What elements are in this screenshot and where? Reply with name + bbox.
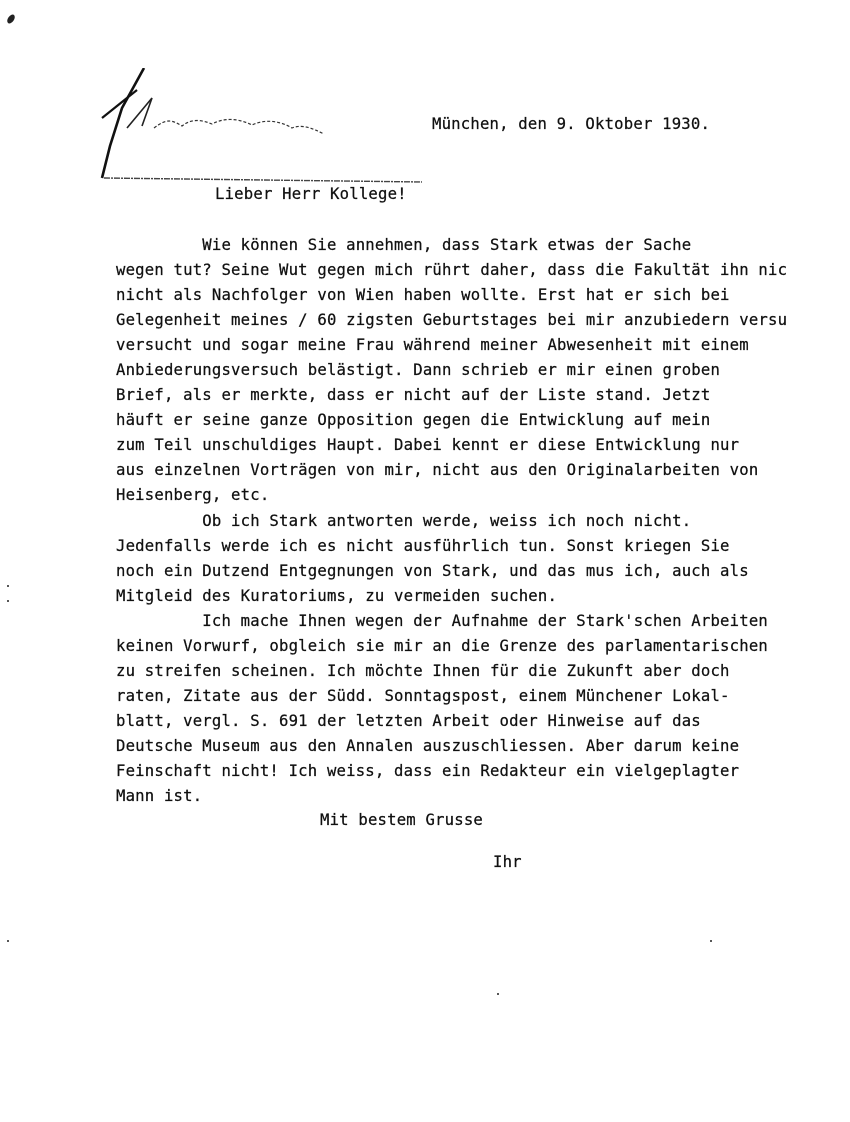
body-line: raten, Zitate aus der Südd. Sonntagspost…	[116, 687, 730, 705]
body-line: versucht und sogar meine Frau während me…	[116, 336, 749, 354]
body-line: Gelegenheit meines / 60 zigsten Geburtst…	[116, 311, 787, 329]
closing: Mit bestem Grusse	[320, 811, 483, 829]
body-line: Brief, als er merkte, dass er nicht auf …	[116, 386, 710, 404]
body-line: nicht als Nachfolger von Wien haben woll…	[116, 286, 730, 304]
body-line: zum Teil unschuldiges Haupt. Dabei kennt…	[116, 436, 739, 454]
scan-mark	[497, 993, 499, 995]
body-line: Ob ich Stark antworten werde, weiss ich …	[116, 512, 691, 530]
signature-prefix: Ihr	[493, 853, 522, 871]
body-line: Heisenberg, etc.	[116, 486, 269, 504]
body-line: zu streifen scheinen. Ich möchte Ihnen f…	[116, 662, 730, 680]
body-line: Feinschaft nicht! Ich weiss, dass ein Re…	[116, 762, 739, 780]
body-line: Deutsche Museum aus den Annalen auszusch…	[116, 737, 739, 755]
scan-mark	[7, 585, 9, 587]
salutation: Lieber Herr Kollege!	[215, 185, 407, 203]
scan-mark	[7, 600, 9, 602]
body-line: blatt, vergl. S. 691 der letzten Arbeit …	[116, 712, 701, 730]
date-line: München, den 9. Oktober 1930.	[432, 115, 710, 133]
scan-mark	[6, 13, 17, 25]
body-line: Mann ist.	[116, 787, 202, 805]
body-line: wegen tut? Seine Wut gegen mich rührt da…	[116, 261, 787, 279]
body-line: Jedenfalls werde ich es nicht ausführlic…	[116, 537, 730, 555]
scan-mark	[7, 940, 9, 942]
handwritten-annotation	[92, 68, 432, 198]
body-line: aus einzelnen Vorträgen von mir, nicht a…	[116, 461, 758, 479]
body-line: noch ein Dutzend Entgegnungen von Stark,…	[116, 562, 749, 580]
body-line: Wie können Sie annehmen, dass Stark etwa…	[116, 236, 691, 254]
body-line: Ich mache Ihnen wegen der Aufnahme der S…	[116, 612, 768, 630]
letter-page: München, den 9. Oktober 1930. Lieber Her…	[0, 0, 850, 1122]
body-line: Anbiederungsversuch belästigt. Dann schr…	[116, 361, 720, 379]
body-line: häuft er seine ganze Opposition gegen di…	[116, 411, 710, 429]
scan-mark	[710, 940, 712, 942]
body-line: Mitgleid des Kuratoriums, zu vermeiden s…	[116, 587, 557, 605]
body-line: keinen Vorwurf, obgleich sie mir an die …	[116, 637, 768, 655]
